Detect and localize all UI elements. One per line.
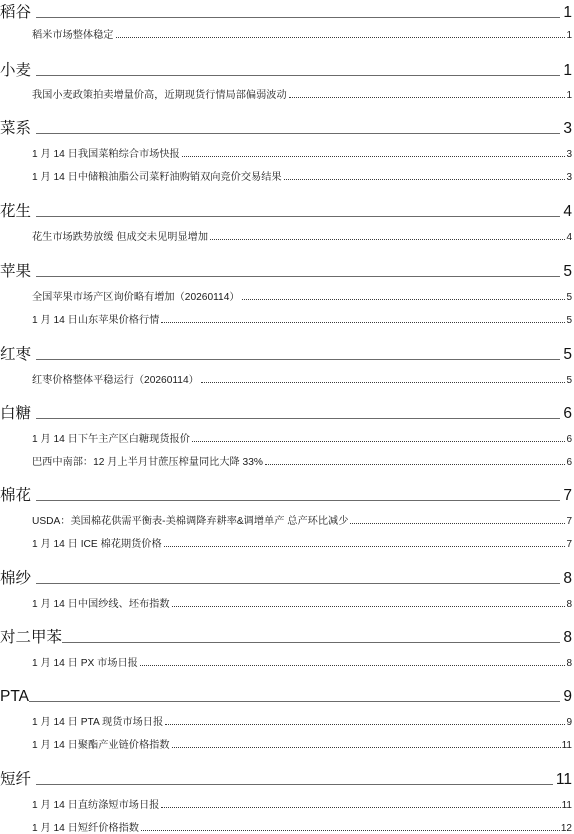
- page-number: 4: [563, 204, 572, 220]
- page-number: 1: [566, 31, 572, 41]
- section-title: 苹果: [0, 264, 31, 280]
- toc-entry[interactable]: 1 月 14 日我国菜粕综合市场快报 3: [0, 145, 572, 160]
- toc-section-cotton-yarn[interactable]: 棉纱 8: [0, 566, 572, 586]
- entry-title: 1 月 14 日我国菜粕综合市场快报: [32, 150, 180, 160]
- page-number: 9: [563, 689, 572, 705]
- dot-leader: [242, 299, 566, 300]
- dot-leader: [140, 665, 566, 666]
- dot-leader: [141, 830, 560, 831]
- entry-title: USDA：美国棉花供需平衡表-美棉调降弃耕率&调增单产 总产环比减少: [32, 517, 348, 527]
- page-number: 9: [566, 718, 572, 728]
- toc-section-pta[interactable]: PTA 9: [0, 684, 572, 704]
- page-number: 5: [566, 293, 572, 303]
- section-title: 小麦: [0, 63, 31, 79]
- toc-entry[interactable]: 花生市场跌势放缓 但成交未见明显增加 4: [0, 228, 572, 243]
- dot-leader: [116, 37, 566, 38]
- page-number: 11: [562, 801, 572, 811]
- page-number: 7: [563, 488, 572, 504]
- toc-entry[interactable]: 1 月 14 日 PX 市场日报 8: [0, 654, 572, 669]
- underline-leader: [36, 133, 560, 134]
- entry-title: 1 月 14 日下午主产区白糖现货报价: [32, 435, 190, 445]
- entry-title: 1 月 14 日中储粮油脂公司菜籽油购销双向竞价交易结果: [32, 173, 282, 183]
- toc-entry[interactable]: USDA：美国棉花供需平衡表-美棉调降弃耕率&调增单产 总产环比减少 7: [0, 512, 572, 527]
- page-number: 3: [566, 150, 572, 160]
- entry-title: 全国苹果市场产区询价略有增加（20260114）: [32, 293, 240, 303]
- dot-leader: [172, 747, 561, 748]
- page-number: 6: [566, 435, 572, 445]
- toc-entry[interactable]: 1 月 14 日 PTA 现货市场日报 9: [0, 713, 572, 728]
- entry-title: 1 月 14 日短纤价格指数: [32, 824, 139, 834]
- entry-title: 1 月 14 日 PTA 现货市场日报: [32, 718, 163, 728]
- underline-leader: [36, 359, 560, 360]
- underline-leader: [36, 75, 560, 76]
- dot-leader: [210, 239, 565, 240]
- toc-entry[interactable]: 1 月 14 日下午主产区白糖现货报价 6: [0, 430, 572, 445]
- page-number: 5: [563, 264, 572, 280]
- dot-leader: [201, 382, 566, 383]
- toc-entry[interactable]: 稻米市场整体稳定 1: [0, 26, 572, 41]
- section-title: 红枣: [0, 347, 31, 363]
- toc-section-staple-fiber[interactable]: 短纤 11: [0, 767, 572, 787]
- toc-section-cotton[interactable]: 棉花 7: [0, 483, 572, 503]
- toc-section-rice[interactable]: 稻谷 1: [0, 0, 572, 20]
- entry-title: 1 月 14 日直纺涤短市场日报: [32, 801, 159, 811]
- entry-title: 1 月 14 日中国纱线、坯布指数: [32, 600, 170, 610]
- page-number: 6: [563, 406, 572, 422]
- page-number: 11: [562, 741, 572, 751]
- dot-leader: [289, 97, 566, 98]
- page-number: 5: [563, 347, 572, 363]
- section-title: 对二甲苯: [0, 630, 62, 646]
- page-number: 7: [566, 540, 572, 550]
- toc-entry[interactable]: 1 月 14 日中储粮油脂公司菜籽油购销双向竞价交易结果 3: [0, 168, 572, 183]
- toc-entry[interactable]: 1 月 14 日聚酯产业链价格指数 11: [0, 736, 572, 751]
- section-title: 菜系: [0, 121, 31, 137]
- page-number: 6: [566, 458, 572, 468]
- toc-entry[interactable]: 1 月 14 日中国纱线、坯布指数 8: [0, 595, 572, 610]
- page-number: 8: [566, 659, 572, 669]
- section-title: 棉花: [0, 488, 31, 504]
- entry-title: 1 月 14 日 ICE 棉花期货价格: [32, 540, 162, 550]
- underline-leader: [36, 784, 553, 785]
- page-number: 11: [556, 772, 572, 788]
- entry-title: 我国小麦政策拍卖增量价高，近期现货行情局部偏弱波动: [32, 91, 287, 101]
- page-number: 3: [563, 121, 572, 137]
- entry-title: 花生市场跌势放缓 但成交未见明显增加: [32, 233, 208, 243]
- dot-leader: [265, 464, 565, 465]
- toc-section-peanut[interactable]: 花生 4: [0, 199, 572, 219]
- section-title: PTA: [0, 689, 29, 705]
- entry-title: 1 月 14 日聚酯产业链价格指数: [32, 741, 170, 751]
- underline-leader: [36, 17, 560, 18]
- toc-section-paraxylene[interactable]: 对二甲苯 8: [0, 625, 572, 645]
- toc-entry[interactable]: 我国小麦政策拍卖增量价高，近期现货行情局部偏弱波动 1: [0, 86, 572, 101]
- page-number: 4: [566, 233, 572, 243]
- page-number: 8: [566, 600, 572, 610]
- page-number: 1: [566, 91, 572, 101]
- section-title: 白糖: [0, 406, 31, 422]
- toc-entry[interactable]: 1 月 14 日短纤价格指数 12: [0, 819, 572, 834]
- dot-leader: [161, 322, 565, 323]
- entry-title: 红枣价格整体平稳运行（20260114）: [32, 376, 199, 386]
- section-title: 花生: [0, 204, 31, 220]
- underline-leader: [36, 583, 560, 584]
- page-number: 12: [561, 824, 572, 834]
- dot-leader: [192, 441, 566, 442]
- toc-entry[interactable]: 1 月 14 日直纺涤短市场日报 11: [0, 796, 572, 811]
- dot-leader: [161, 807, 560, 808]
- toc-section-rapeseed[interactable]: 菜系 3: [0, 116, 572, 136]
- toc-section-wheat[interactable]: 小麦 1: [0, 58, 572, 78]
- page-number: 1: [563, 5, 572, 21]
- toc-entry[interactable]: 1 月 14 日 ICE 棉花期货价格 7: [0, 535, 572, 550]
- toc-section-apple[interactable]: 苹果 5: [0, 259, 572, 279]
- entry-title: 1 月 14 日 PX 市场日报: [32, 659, 138, 669]
- underline-leader: [36, 500, 560, 501]
- toc-entry[interactable]: 红枣价格整体平稳运行（20260114） 5: [0, 371, 572, 386]
- page-number: 3: [566, 173, 572, 183]
- toc-entry[interactable]: 1 月 14 日山东苹果价格行情 5: [0, 311, 572, 326]
- dot-leader: [164, 546, 566, 547]
- underline-leader: [29, 701, 560, 702]
- entry-title: 稻米市场整体稳定: [32, 31, 114, 41]
- page-number: 8: [563, 571, 572, 587]
- page-number: 1: [563, 63, 572, 79]
- toc-section-sugar[interactable]: 白糖 6: [0, 401, 572, 421]
- entry-title: 巴西中南部：12 月上半月甘蔗压榨量同比大降 33%: [32, 458, 263, 468]
- section-title: 短纤: [0, 772, 31, 788]
- underline-leader: [36, 418, 560, 419]
- underline-leader: [36, 276, 560, 277]
- page-number: 8: [563, 630, 572, 646]
- dot-leader: [284, 179, 566, 180]
- page-number: 7: [566, 517, 572, 527]
- dot-leader: [182, 156, 566, 157]
- page-number: 5: [566, 316, 572, 326]
- section-title: 稻谷: [0, 5, 31, 21]
- dot-leader: [165, 724, 565, 725]
- underline-leader: [36, 216, 560, 217]
- page-number: 5: [566, 376, 572, 386]
- toc-entry[interactable]: 全国苹果市场产区询价略有增加（20260114） 5: [0, 288, 572, 303]
- dot-leader: [172, 606, 566, 607]
- toc-entry[interactable]: 巴西中南部：12 月上半月甘蔗压榨量同比大降 33% 6: [0, 453, 572, 468]
- toc-section-jujube[interactable]: 红枣 5: [0, 342, 572, 362]
- section-title: 棉纱: [0, 571, 31, 587]
- entry-title: 1 月 14 日山东苹果价格行情: [32, 316, 159, 326]
- dot-leader: [350, 523, 565, 524]
- underline-leader: [62, 642, 560, 643]
